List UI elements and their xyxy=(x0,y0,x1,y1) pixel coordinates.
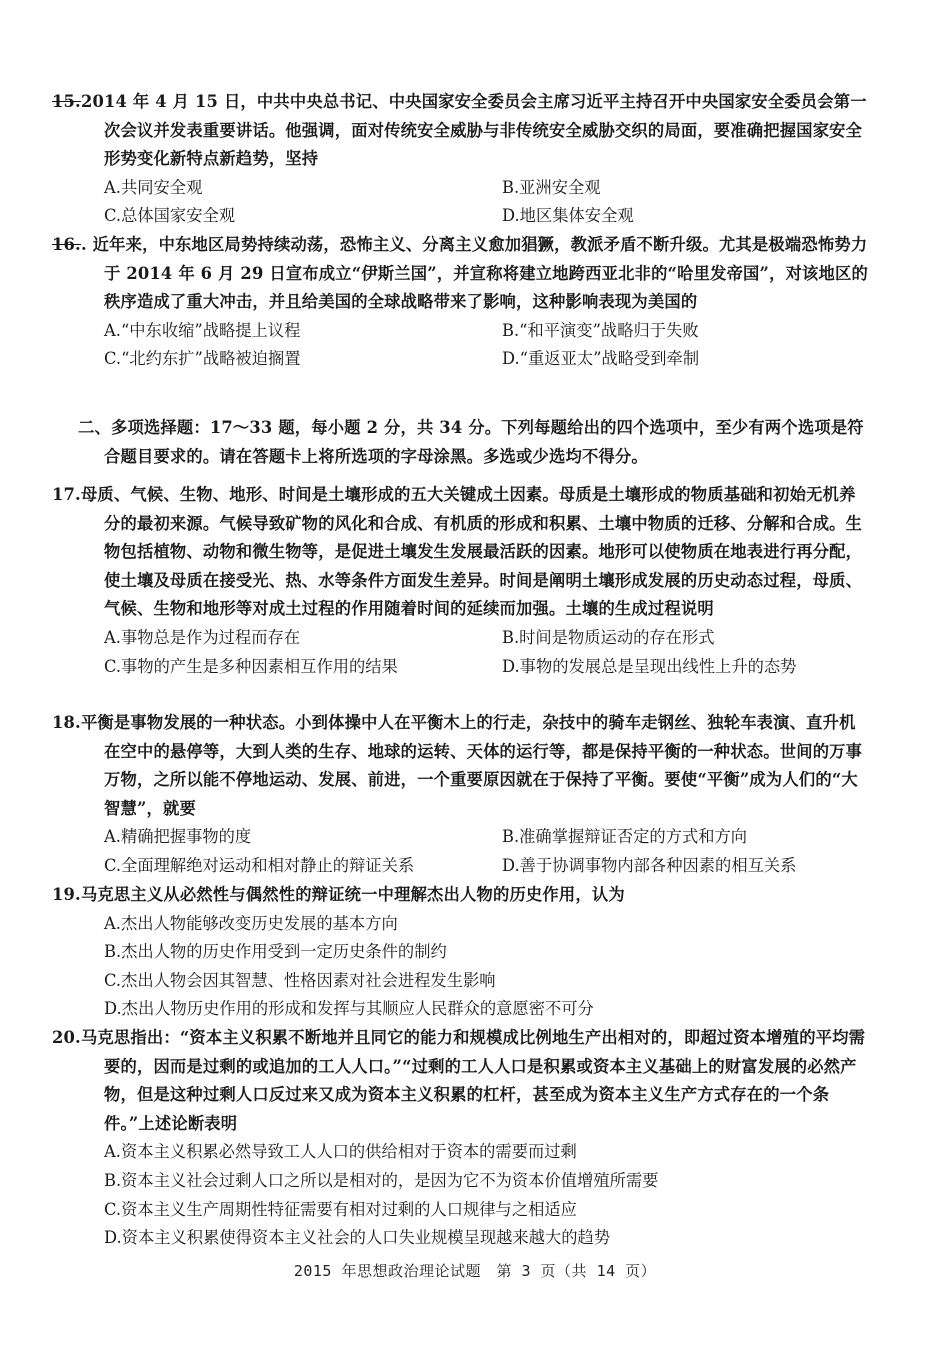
option-c: C.总体国家安全观 xyxy=(104,202,502,231)
option-c: C.资本主义生产周期性特征需要有相对过剩的人口规律与之相适应 xyxy=(104,1196,868,1225)
option-c: C.杰出人物会因其智慧、性格因素对社会进程发生影响 xyxy=(104,967,868,996)
question-20: 20.马克思指出：“资本主义积累不断地并且同它的能力和规模成比例地生产出相对的，… xyxy=(78,1024,868,1253)
option-b: B.亚洲安全观 xyxy=(502,174,902,203)
option-d: D.事物的发展总是呈现出线性上升的态势 xyxy=(502,653,902,682)
option-a: A.资本主义积累必然导致工人人口的供给相对于资本的需要而过剩 xyxy=(104,1138,868,1167)
options: A.资本主义积累必然导致工人人口的供给相对于资本的需要而过剩 B.资本主义社会过… xyxy=(78,1138,868,1252)
option-b: B.杰出人物的历史作用受到一定历史条件的制约 xyxy=(104,938,868,967)
question-stem: 19.马克思主义从必然性与偶然性的辩证统一中理解杰出人物的历史作用，认为 xyxy=(78,881,868,910)
page-footer: 2015 年思想政治理论试题 第 3 页（共 14 页） xyxy=(0,1260,950,1281)
option-b: B.资本主义社会过剩人口之所以是相对的，是因为它不为资本价值增殖所需要 xyxy=(104,1167,868,1196)
option-d: D.地区集体安全观 xyxy=(502,202,902,231)
section-instructions: 二、多项选择题：17～33 题，每小题 2 分，共 34 分。下列每题给出的四个… xyxy=(78,414,868,471)
question-text: 2014 年 4 月 15 日，中共中央总书记、中央国家安全委员会主席习近平主持… xyxy=(81,92,867,168)
option-b: B.时间是物质运动的存在形式 xyxy=(502,624,902,653)
question-17: 17.母质、气候、生物、地形、时间是土壤形成的五大关键成土因素。母质是土壤形成的… xyxy=(78,481,868,681)
option-d: D.善于协调事物内部各种因素的相互关系 xyxy=(502,852,902,881)
option-a: A.杰出人物能够改变历史发展的基本方向 xyxy=(104,910,868,939)
options: A.精确把握事物的度 B.准确掌握辩证否定的方式和方向 C.全面理解绝对运动和相… xyxy=(78,823,868,880)
question-stem: 18.平衡是事物发展的一种状态。小到体操中人在平衡木上的行走，杂技中的骑车走钢丝… xyxy=(78,709,868,823)
section-heading: 二、多项选择题：17～33 题，每小题 2 分，共 34 分。下列每题给出的四个… xyxy=(78,414,868,471)
question-text: . 近年来，中东地区局势持续动荡，恐怖主义、分离主义愈加猖獗，教派矛盾不断升级。… xyxy=(81,235,868,311)
option-d: D.“重返亚太”战略受到牵制 xyxy=(502,345,902,374)
option-c: C.“北约东扩”战略被迫搁置 xyxy=(104,345,502,374)
question-text: 马克思指出：“资本主义积累不断地并且同它的能力和规模成比例地生产出相对的，即超过… xyxy=(81,1028,865,1133)
option-a: A.“中东收缩”战略提上议程 xyxy=(104,317,502,346)
option-d: D.杰出人物历史作用的形成和发挥与其顺应人民群众的意愿密不可分 xyxy=(104,995,868,1024)
question-19: 19.马克思主义从必然性与偶然性的辩证统一中理解杰出人物的历史作用，认为 A.杰… xyxy=(78,881,868,1024)
exam-page: 15.2014 年 4 月 15 日，中共中央总书记、中央国家安全委员会主席习近… xyxy=(0,0,950,1358)
option-b: B.准确掌握辩证否定的方式和方向 xyxy=(502,823,902,852)
question-18: 18.平衡是事物发展的一种状态。小到体操中人在平衡木上的行走，杂技中的骑车走钢丝… xyxy=(78,709,868,881)
question-text: 马克思主义从必然性与偶然性的辩证统一中理解杰出人物的历史作用，认为 xyxy=(81,885,625,904)
option-a: A.精确把握事物的度 xyxy=(104,823,502,852)
question-stem: 20.马克思指出：“资本主义积累不断地并且同它的能力和规模成比例地生产出相对的，… xyxy=(78,1024,868,1138)
options: A.“中东收缩”战略提上议程 B.“和平演变”战略归于失败 C.“北约东扩”战略… xyxy=(78,317,868,374)
options: A.杰出人物能够改变历史发展的基本方向 B.杰出人物的历史作用受到一定历史条件的… xyxy=(78,910,868,1024)
option-b: B.“和平演变”战略归于失败 xyxy=(502,317,902,346)
option-a: A.共同安全观 xyxy=(104,174,502,203)
option-a: A.事物总是作为过程而存在 xyxy=(104,624,502,653)
option-d: D.资本主义积累使得资本主义社会的人口失业规模呈现越来越大的趋势 xyxy=(104,1224,868,1253)
option-c: C.全面理解绝对运动和相对静止的辩证关系 xyxy=(104,852,502,881)
option-c: C.事物的产生是多种因素相互作用的结果 xyxy=(104,653,502,682)
question-stem: 17.母质、气候、生物、地形、时间是土壤形成的五大关键成土因素。母质是土壤形成的… xyxy=(78,481,868,624)
question-stem: 15.2014 年 4 月 15 日，中共中央总书记、中央国家安全委员会主席习近… xyxy=(78,88,868,174)
question-16: 16.. 近年来，中东地区局势持续动荡，恐怖主义、分离主义愈加猖獗，教派矛盾不断… xyxy=(78,231,868,374)
options: A.共同安全观 B.亚洲安全观 C.总体国家安全观 D.地区集体安全观 xyxy=(78,174,868,231)
question-text: 平衡是事物发展的一种状态。小到体操中人在平衡木上的行走，杂技中的骑车走钢丝、独轮… xyxy=(81,713,862,818)
question-text: 母质、气候、生物、地形、时间是土壤形成的五大关键成土因素。母质是土壤形成的物质基… xyxy=(81,485,862,618)
options: A.事物总是作为过程而存在 B.时间是物质运动的存在形式 C.事物的产生是多种因… xyxy=(78,624,868,681)
question-15: 15.2014 年 4 月 15 日，中共中央总书记、中央国家安全委员会主席习近… xyxy=(78,88,868,231)
question-stem: 16.. 近年来，中东地区局势持续动荡，恐怖主义、分离主义愈加猖獗，教派矛盾不断… xyxy=(78,231,868,317)
